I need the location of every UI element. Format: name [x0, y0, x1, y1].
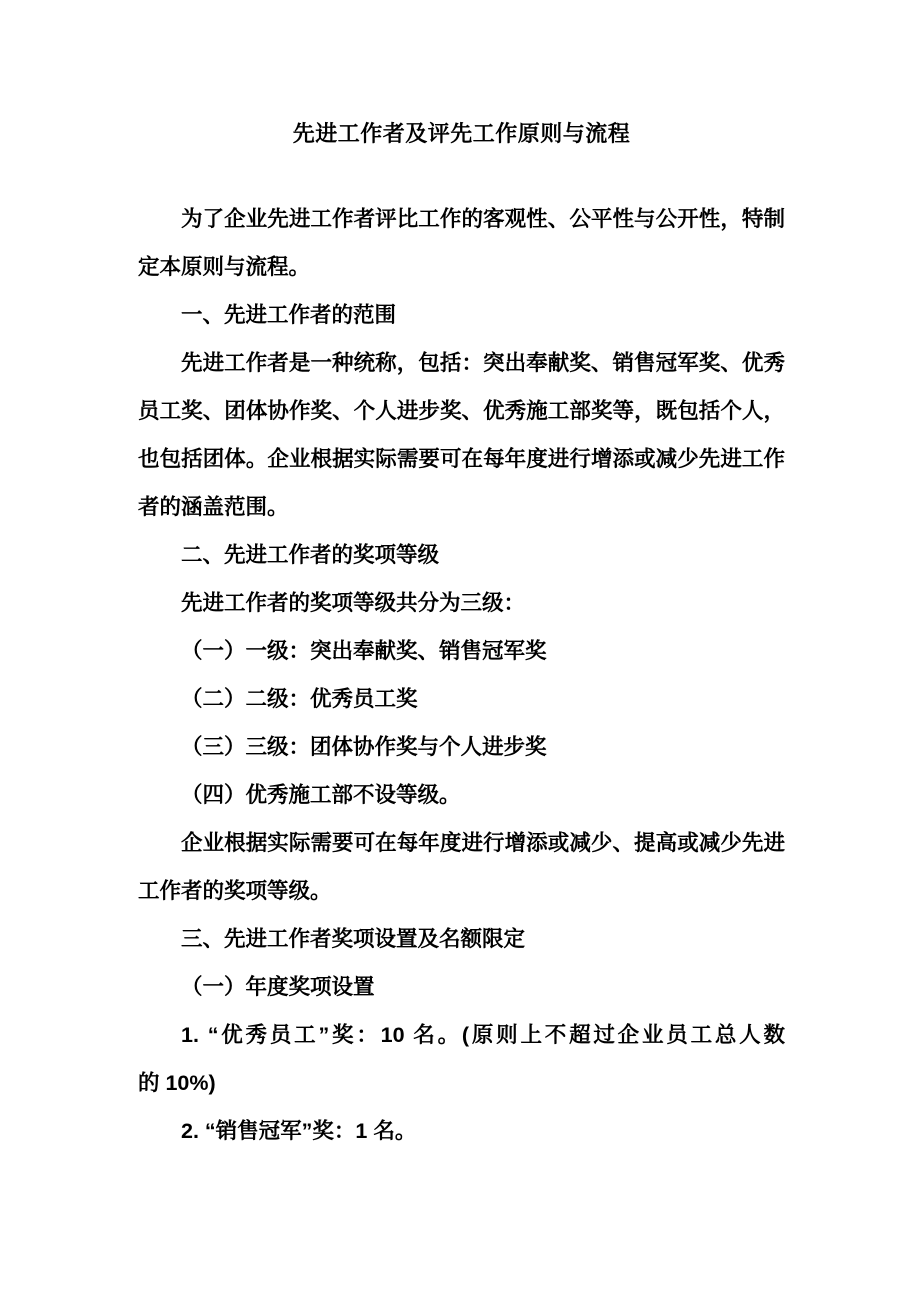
text-line: 员工奖、团体协作奖、个人进步奖、优秀施工部奖等，既包括个人，	[138, 387, 785, 435]
text-line: （四）优秀施工部不设等级。	[138, 771, 785, 819]
text-line: （一）年度奖项设置	[138, 963, 785, 1011]
document-title: 先进工作者及评先工作原则与流程	[138, 110, 785, 158]
text-line: 三、先进工作者奖项设置及名额限定	[138, 915, 785, 963]
text-line: 也包括团体。企业根据实际需要可在每年度进行增添或减少先进工作	[138, 435, 785, 483]
text-line: 者的涵盖范围。	[138, 483, 785, 531]
document-body: 为了企业先进工作者评比工作的客观性、公平性与公开性，特制定本原则与流程。一、先进…	[138, 195, 785, 1155]
text-line: （二）二级：优秀员工奖	[138, 675, 785, 723]
text-line: （一）一级：突出奉献奖、销售冠军奖	[138, 627, 785, 675]
text-line: 工作者的奖项等级。	[138, 867, 785, 915]
text-line: （三）三级：团体协作奖与个人进步奖	[138, 723, 785, 771]
document-page: 先进工作者及评先工作原则与流程 为了企业先进工作者评比工作的客观性、公平性与公开…	[0, 0, 920, 1302]
text-line: 一、先进工作者的范围	[138, 291, 785, 339]
text-line: 企业根据实际需要可在每年度进行增添或减少、提高或减少先进	[138, 819, 785, 867]
text-line: 先进工作者的奖项等级共分为三级：	[138, 579, 785, 627]
text-line: 定本原则与流程。	[138, 243, 785, 291]
text-line: 2. “销售冠军”奖：1 名。	[138, 1107, 785, 1155]
text-line: 为了企业先进工作者评比工作的客观性、公平性与公开性，特制	[138, 195, 785, 243]
text-line: 的 10%)	[138, 1059, 785, 1107]
text-line: 二、先进工作者的奖项等级	[138, 531, 785, 579]
text-line: 1. “优秀员工”奖：10 名。(原则上不超过企业员工总人数	[138, 1011, 785, 1059]
text-line: 先进工作者是一种统称，包括：突出奉献奖、销售冠军奖、优秀	[138, 339, 785, 387]
